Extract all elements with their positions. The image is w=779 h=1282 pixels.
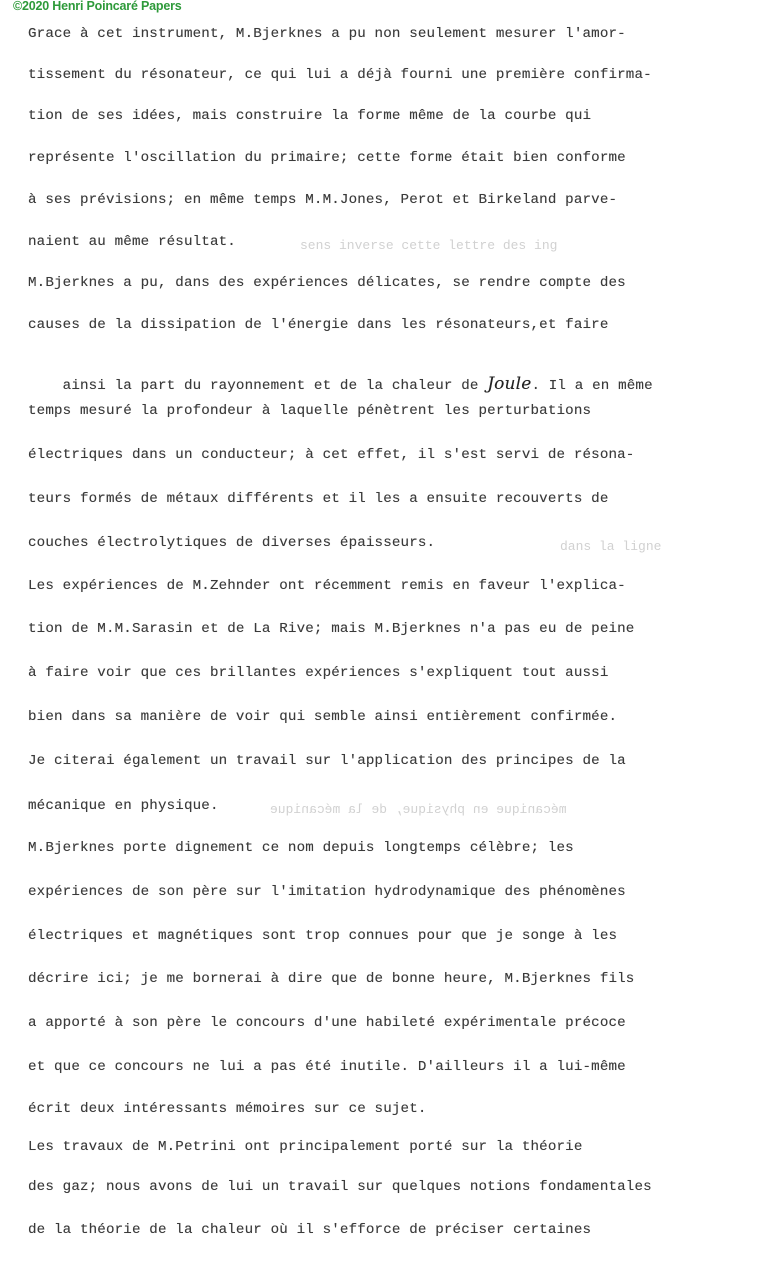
text-segment: ainsi la part du rayonnement et de la ch… <box>63 378 488 394</box>
text-line: des gaz; nous avons de lui un travail su… <box>28 1179 652 1195</box>
handwritten-insert: Joule <box>487 374 531 394</box>
text-line: M.Bjerknes a pu, dans des expériences dé… <box>28 275 626 291</box>
text-line: a apporté à son père le concours d'une h… <box>28 1015 626 1031</box>
text-line: Grace à cet instrument, M.Bjerknes a pu … <box>28 26 626 42</box>
text-line: Les expériences de M.Zehnder ont récemme… <box>28 578 626 594</box>
text-line: M.Bjerknes porte dignement ce nom depuis… <box>28 840 574 856</box>
text-line: expériences de son père sur l'imitation … <box>28 884 626 900</box>
text-line: tion de ses idées, mais construire la fo… <box>28 108 591 124</box>
text-segment: . Il a en même <box>531 378 652 394</box>
text-line: naient au même résultat. <box>28 234 236 250</box>
text-line: mécanique en physique. <box>28 798 219 814</box>
text-line: couches électrolytiques de diverses épai… <box>28 535 435 551</box>
text-line: écrit deux intéressants mémoires sur ce … <box>28 1101 427 1117</box>
bleedthrough-text: mécanique en physique, de la mécanique <box>270 802 566 817</box>
text-line: Les travaux de M.Petrini ont principalem… <box>28 1139 583 1155</box>
text-line: et que ce concours ne lui a pas été inut… <box>28 1059 626 1075</box>
typewritten-page: Grace à cet instrument, M.Bjerknes a pu … <box>0 0 779 1282</box>
text-line: Je citerai également un travail sur l'ap… <box>28 753 626 769</box>
text-line: causes de la dissipation de l'énergie da… <box>28 317 608 333</box>
bleedthrough-text: dans la ligne <box>560 539 661 554</box>
text-line: électriques et magnétiques sont trop con… <box>28 928 617 944</box>
text-line: électriques dans un conducteur; à cet ef… <box>28 447 634 463</box>
text-line: décrire ici; je me bornerai à dire que d… <box>28 971 634 987</box>
text-line: bien dans sa manière de voir qui semble … <box>28 709 617 725</box>
text-line: temps mesuré la profondeur à laquelle pé… <box>28 403 591 419</box>
bleedthrough-text: sens inverse cette lettre des ing <box>300 238 557 253</box>
text-line: de la théorie de la chaleur où il s'effo… <box>28 1222 591 1238</box>
text-line: à ses prévisions; en même temps M.M.Jone… <box>28 192 617 208</box>
text-line: teurs formés de métaux différents et il … <box>28 491 608 507</box>
text-line: à faire voir que ces brillantes expérien… <box>28 665 608 681</box>
text-line: tissement du résonateur, ce qui lui a dé… <box>28 67 652 83</box>
text-line: représente l'oscillation du primaire; ce… <box>28 150 626 166</box>
text-line: tion de M.M.Sarasin et de La Rive; mais … <box>28 621 634 637</box>
